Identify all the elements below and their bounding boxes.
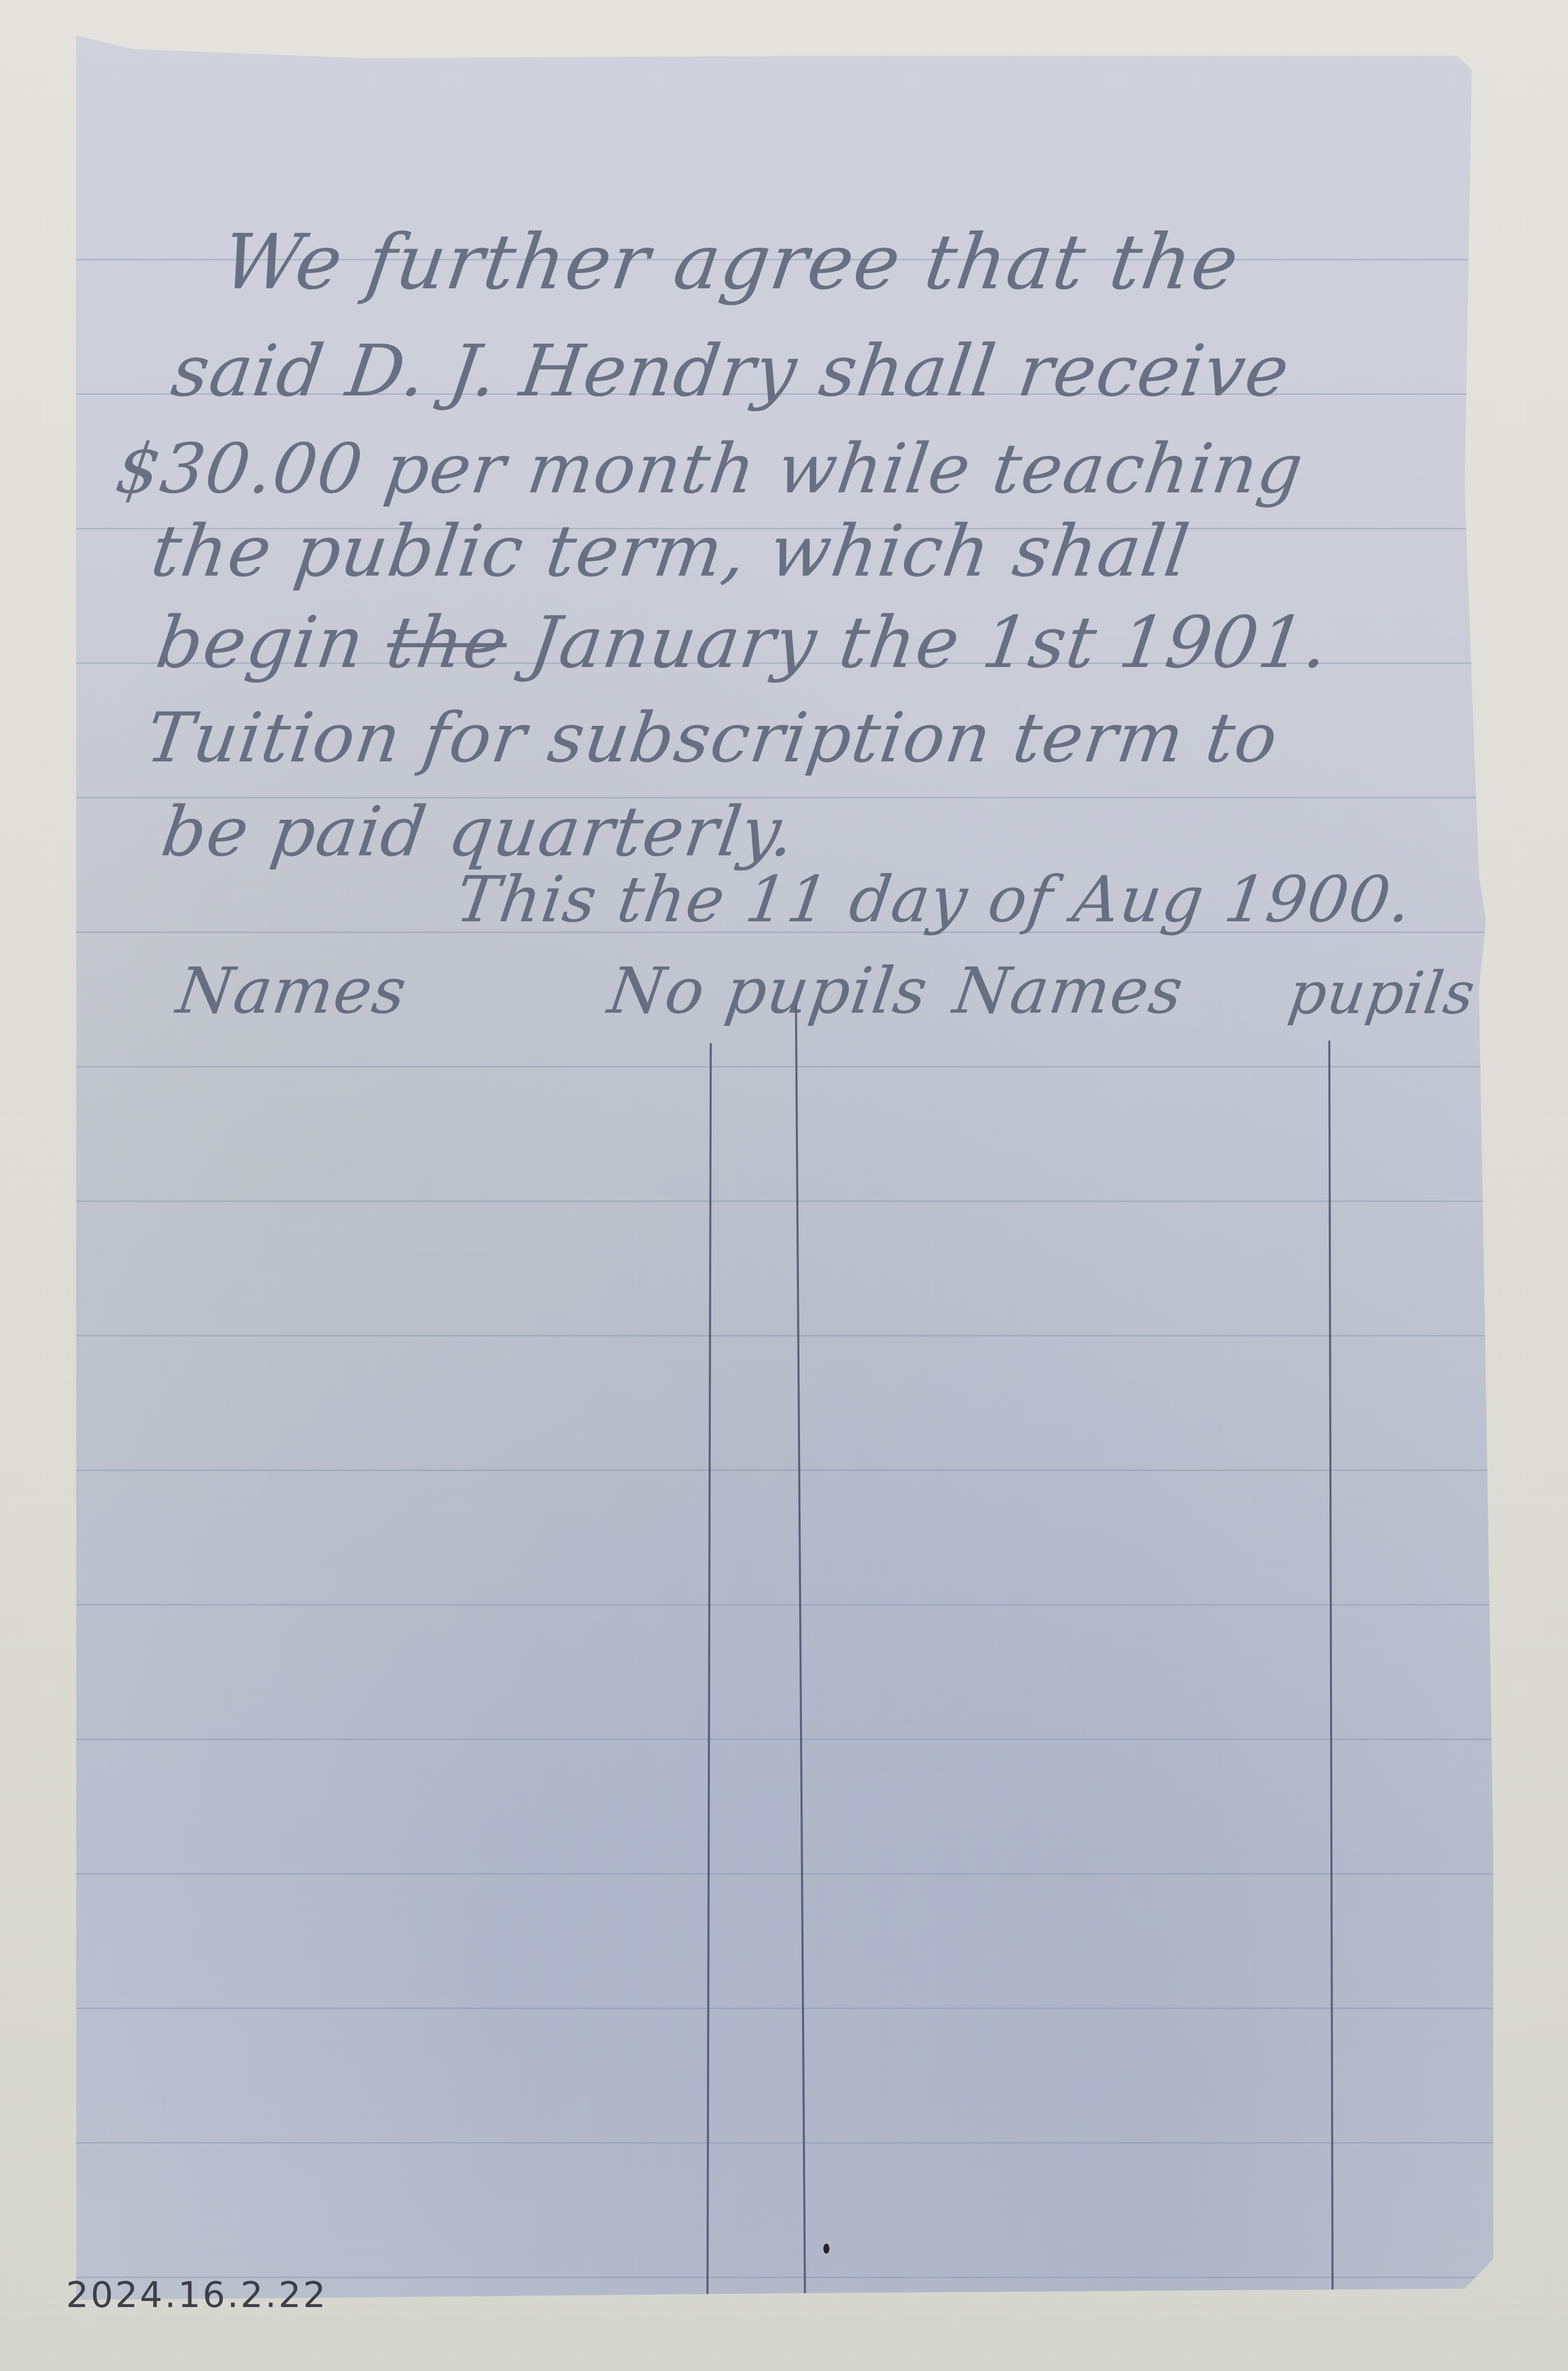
agreement-line-3: $30.00 per month while teaching xyxy=(111,429,1309,509)
date-line: This the 11 day of Aug 1900. xyxy=(452,863,1417,937)
agreement-line-5: begin the January the 1st 1901. xyxy=(152,602,1335,684)
catalog-number: 2024.16.2.22 xyxy=(66,2274,328,2316)
ruled-line xyxy=(76,2008,1508,2009)
agreement-line-6: Tuition for subscription term to xyxy=(142,698,1283,778)
column-divider xyxy=(1328,1041,1333,2299)
column-header-no-pupils: No pupils xyxy=(604,954,932,1028)
column-divider xyxy=(795,1005,806,2305)
begin-line-rest: January the 1st 1901. xyxy=(525,602,1335,684)
ruled-line xyxy=(76,1604,1508,1606)
ruled-line xyxy=(76,1873,1508,1875)
column-header-names-2: Names xyxy=(949,954,1188,1028)
agreement-line-4: the public term, which shall xyxy=(147,510,1195,593)
agreement-line-2: said D. J. Hendry shall receive xyxy=(167,330,1295,413)
agreement-line-1: We further agree that the xyxy=(217,218,1245,307)
ruled-line xyxy=(76,1066,1508,1067)
ink-spot xyxy=(823,2244,829,2254)
ruled-line xyxy=(76,1335,1508,1337)
ruled-line xyxy=(76,2142,1508,2144)
column-divider xyxy=(707,1043,712,2302)
ruled-line xyxy=(76,1470,1508,1471)
struck-word: the xyxy=(382,602,513,684)
ruled-line xyxy=(76,1739,1508,1740)
agreement-line-7: be paid quarterly. xyxy=(157,792,800,872)
column-header-names: Names xyxy=(173,954,412,1028)
column-header-pupils: pupils xyxy=(1285,959,1480,1027)
begin-word: begin xyxy=(152,602,370,684)
ruled-line xyxy=(76,1200,1508,1202)
